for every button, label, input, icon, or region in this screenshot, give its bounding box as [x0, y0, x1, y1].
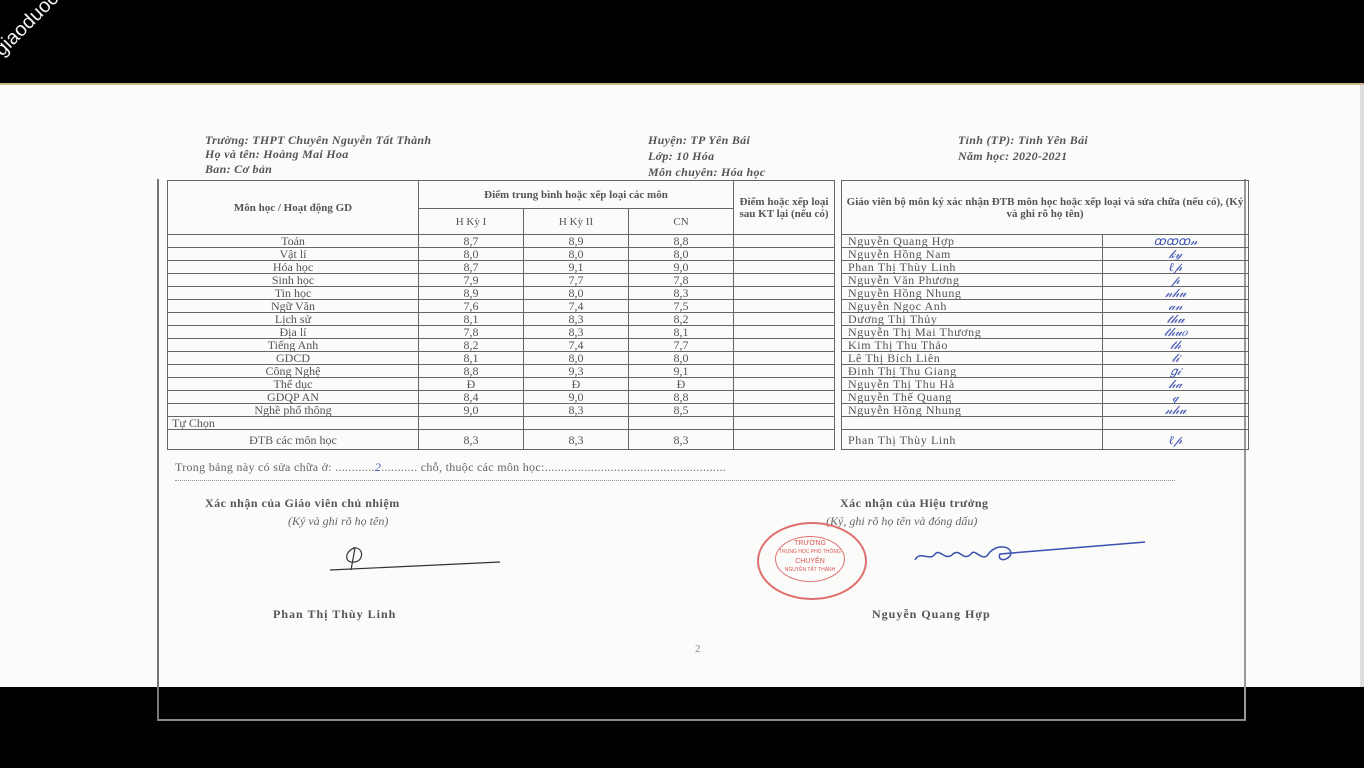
table-row: Công Nghệ8,89,39,1Đinh Thị Thu Giang𝑔𝒾: [168, 365, 1249, 378]
cn-cell: 8,3: [629, 430, 734, 450]
hk2-cell: 7,4: [524, 300, 629, 313]
signature: ℓ𝓅: [1103, 430, 1249, 450]
corrections-note: Trong bảng này có sửa chữa ở: ..........…: [175, 460, 726, 475]
retest-header: Điểm hoặc xếp loại sau KT lại (nếu có): [734, 181, 835, 235]
hk2-cell: 8,3: [524, 430, 629, 450]
teacher-cell: Kim Thị Thu Thảo: [842, 339, 1103, 352]
hk2-cell: Đ: [524, 378, 629, 391]
table-row: Thể dụcĐĐĐNguyễn Thị Thu Hà𝒽𝒶: [168, 378, 1249, 391]
hk2-cell: [524, 417, 629, 430]
class-label: Lớp: 10 Hóa: [648, 149, 714, 164]
signature: 𝓃𝒽𝓊: [1103, 287, 1249, 300]
retest-cell: [734, 417, 835, 430]
retest-cell: [734, 365, 835, 378]
corrections-prefix: Trong bảng này có sửa chữa ở: ..........…: [175, 460, 375, 474]
subject-cell: Địa lí: [168, 326, 419, 339]
hk2-cell: 8,3: [524, 313, 629, 326]
page-number: 2: [695, 643, 701, 655]
subject-cell: ĐTB các môn học: [168, 430, 419, 450]
teacher-cell: Nguyễn Thị Mai Thương: [842, 326, 1103, 339]
hk1-cell: 8,9: [419, 287, 524, 300]
hk1-cell: Đ: [419, 378, 524, 391]
principal-title: Xác nhận của Hiệu trưởng: [840, 496, 989, 511]
table-row: Tiếng Anh8,27,47,7Kim Thị Thu Thảo𝓉𝒽: [168, 339, 1249, 352]
retest-cell: [734, 352, 835, 365]
teacher-cell: Nguyễn Thế Quang: [842, 391, 1103, 404]
homeroom-name: Phan Thị Thùy Linh: [273, 607, 396, 622]
cn-cell: 7,7: [629, 339, 734, 352]
cn-cell: 8,1: [629, 326, 734, 339]
district-label: Huyện: TP Yên Bái: [648, 133, 750, 148]
subject-cell: Nghề phổ thông: [168, 404, 419, 417]
retest-cell: [734, 274, 835, 287]
teacher-cell: Nguyễn Hồng Nhung: [842, 287, 1103, 300]
subject-cell: Công Nghệ: [168, 365, 419, 378]
hk2-cell: 8,0: [524, 352, 629, 365]
cn-cell: 7,5: [629, 300, 734, 313]
homeroom-signature-icon: [325, 540, 505, 575]
table-row-average: ĐTB các môn học8,38,38,3Phan Thị Thùy Li…: [168, 430, 1249, 450]
hk2-cell: 8,3: [524, 404, 629, 417]
retest-cell: [734, 339, 835, 352]
retest-cell: [734, 261, 835, 274]
principal-subtitle: (Ký, ghi rõ họ tên và đóng dấu): [826, 514, 977, 529]
table-row: Địa lí7,88,38,1Nguyễn Thị Mai Thương𝓉𝒽𝓊𝑜: [168, 326, 1249, 339]
teacher-cell: Lê Thị Bích Liên: [842, 352, 1103, 365]
retest-cell: [734, 430, 835, 450]
teacher-cell: Phan Thị Thùy Linh: [842, 430, 1103, 450]
dotted-line: [175, 480, 1175, 481]
table-row: Ngữ Văn7,67,47,5Nguyễn Ngọc Anh𝒶𝓃: [168, 300, 1249, 313]
subject-cell: GDCD: [168, 352, 419, 365]
homeroom-title: Xác nhận của Giáo viên chủ nhiệm: [205, 496, 400, 511]
cn-cell: 8,8: [629, 391, 734, 404]
cn-cell: [629, 417, 734, 430]
hk1-cell: 7,6: [419, 300, 524, 313]
teacher-cell: Nguyễn Quang Hợp: [842, 235, 1103, 248]
subject-cell: GDQP AN: [168, 391, 419, 404]
cn-cell: 8,2: [629, 313, 734, 326]
hk1-cell: 8,4: [419, 391, 524, 404]
cn-cell: 7,8: [629, 274, 734, 287]
subject-cell: Thể dục: [168, 378, 419, 391]
table-row: Tự Chọn: [168, 417, 1249, 430]
teacher-cell: Đinh Thị Thu Giang: [842, 365, 1103, 378]
school-year-label: Năm học: 2020-2021: [958, 149, 1067, 164]
cn-cell: 9,1: [629, 365, 734, 378]
school-label: Trường: THPT Chuyên Nguyễn Tất Thành: [205, 133, 431, 148]
hk1-cell: 8,1: [419, 352, 524, 365]
retest-cell: [734, 300, 835, 313]
teacher-cell: Phan Thị Thùy Linh: [842, 261, 1103, 274]
subject-cell: Hóa học: [168, 261, 419, 274]
hk1-cell: 8,0: [419, 248, 524, 261]
retest-cell: [734, 313, 835, 326]
homeroom-subtitle: (Ký và ghi rõ họ tên): [288, 514, 388, 529]
signature: 𝓁𝒾: [1103, 352, 1249, 365]
teacher-cell: Nguyễn Văn Phương: [842, 274, 1103, 287]
retest-cell: [734, 287, 835, 300]
retest-cell: [734, 235, 835, 248]
watermark-text: giaoduocnghochau.net: [0, 0, 149, 61]
stamp-line: TRUNG HỌC PHỔ THÔNG: [776, 548, 844, 557]
subject-cell: Toán: [168, 235, 419, 248]
cn-cell: 9,0: [629, 261, 734, 274]
signature: 𝒽𝒶: [1103, 378, 1249, 391]
document-page: Trường: THPT Chuyên Nguyễn Tất Thành Huy…: [0, 83, 1364, 687]
subject-header: Môn học / Hoạt động GD: [168, 181, 419, 235]
principal-name: Nguyễn Quang Hợp: [872, 607, 991, 622]
cn-cell: 8,8: [629, 235, 734, 248]
subject-cell: Vật lí: [168, 248, 419, 261]
signature: [1103, 417, 1249, 430]
hk2-cell: 7,7: [524, 274, 629, 287]
subject-cell: Sinh học: [168, 274, 419, 287]
signature: 𝒶𝓃: [1103, 300, 1249, 313]
cn-cell: 8,0: [629, 352, 734, 365]
hk1-cell: 8,8: [419, 365, 524, 378]
signature: 𝓆: [1103, 391, 1249, 404]
table-row: Toán8,78,98,8Nguyễn Quang Hợpꝏꝏꝏ𝓃: [168, 235, 1249, 248]
hk1-header: H Kỳ I: [419, 209, 524, 235]
signature: 𝓅: [1103, 274, 1249, 287]
hk2-cell: 7,4: [524, 339, 629, 352]
cn-cell: 8,5: [629, 404, 734, 417]
teacher-header: Giáo viên bộ môn ký xác nhận ĐTB môn học…: [842, 181, 1249, 235]
table-row: GDCD8,18,08,0Lê Thị Bích Liên𝓁𝒾: [168, 352, 1249, 365]
teacher-cell: Nguyễn Ngọc Anh: [842, 300, 1103, 313]
track-label: Ban: Cơ bản: [205, 162, 272, 177]
hk2-header: H Kỳ II: [524, 209, 629, 235]
average-group-header: Điểm trung bình hoặc xếp loại các môn: [419, 181, 734, 209]
teacher-cell: Nguyễn Thị Thu Hà: [842, 378, 1103, 391]
subject-cell: Lịch sử: [168, 313, 419, 326]
hk1-cell: 8,3: [419, 430, 524, 450]
hk1-cell: [419, 417, 524, 430]
signature: ꝏꝏꝏ𝓃: [1103, 235, 1249, 248]
teacher-cell: Nguyễn Hồng Nhung: [842, 404, 1103, 417]
hk2-cell: 9,0: [524, 391, 629, 404]
hk1-cell: 8,7: [419, 261, 524, 274]
table-row: Vật lí8,08,08,0Nguyễn Hồng Nam𝓀𝓎: [168, 248, 1249, 261]
page-edge: [1360, 85, 1364, 687]
signature: ℓ𝓅: [1103, 261, 1249, 274]
cn-cell: Đ: [629, 378, 734, 391]
subject-cell: Tự Chọn: [168, 417, 419, 430]
cn-header: CN: [629, 209, 734, 235]
cn-cell: 8,0: [629, 248, 734, 261]
table-row: Hóa học8,79,19,0Phan Thị Thùy Linhℓ𝓅: [168, 261, 1249, 274]
grades-table: Môn học / Hoạt động GD Điểm trung bình h…: [167, 180, 1249, 450]
hk1-cell: 8,7: [419, 235, 524, 248]
hk1-cell: 7,8: [419, 326, 524, 339]
specialty-label: Môn chuyên: Hóa học: [648, 165, 765, 180]
cn-cell: 8,3: [629, 287, 734, 300]
student-name-label: Họ và tên: Hoàng Mai Hoa: [205, 147, 349, 162]
teacher-cell: Nguyễn Hồng Nam: [842, 248, 1103, 261]
subject-cell: Ngữ Văn: [168, 300, 419, 313]
retest-cell: [734, 404, 835, 417]
hk2-cell: 8,0: [524, 248, 629, 261]
retest-cell: [734, 248, 835, 261]
column-gap: [835, 181, 842, 235]
teacher-cell: Dương Thị Thủy: [842, 313, 1103, 326]
retest-cell: [734, 378, 835, 391]
province-label: Tỉnh (TP): Tỉnh Yên Bái: [958, 133, 1088, 148]
table-row: Nghề phổ thông9,08,38,5Nguyễn Hồng Nhung…: [168, 404, 1249, 417]
signature: 𝓉𝒽𝓊: [1103, 313, 1249, 326]
retest-cell: [734, 391, 835, 404]
signature: 𝓉𝒽: [1103, 339, 1249, 352]
signature: 𝓃𝒽𝓊: [1103, 404, 1249, 417]
table-row: Sinh học7,97,77,8Nguyễn Văn Phương𝓅: [168, 274, 1249, 287]
stamp-line: TRƯỜNG: [776, 539, 844, 548]
hk2-cell: 8,3: [524, 326, 629, 339]
principal-signature-icon: [905, 540, 1150, 570]
stamp-line: CHUYÊN: [776, 557, 844, 566]
hk1-cell: 8,1: [419, 313, 524, 326]
school-stamp-icon: TRƯỜNG TRUNG HỌC PHỔ THÔNG CHUYÊN NGUYỄN…: [757, 522, 867, 600]
subject-cell: Tin học: [168, 287, 419, 300]
corrections-suffix: ........... chỗ, thuộc các môn học:.....…: [381, 460, 726, 474]
table-row: GDQP AN8,49,08,8Nguyễn Thế Quang𝓆: [168, 391, 1249, 404]
signature: 𝓀𝓎: [1103, 248, 1249, 261]
subject-cell: Tiếng Anh: [168, 339, 419, 352]
hk2-cell: 9,1: [524, 261, 629, 274]
signature: 𝓉𝒽𝓊𝑜: [1103, 326, 1249, 339]
hk2-cell: 9,3: [524, 365, 629, 378]
hk1-cell: 8,2: [419, 339, 524, 352]
teacher-cell: [842, 417, 1103, 430]
stamp-line: NGUYỄN TẤT THÀNH: [776, 566, 844, 575]
table-row: Tin học8,98,08,3Nguyễn Hồng Nhung𝓃𝒽𝓊: [168, 287, 1249, 300]
hk1-cell: 7,9: [419, 274, 524, 287]
retest-cell: [734, 326, 835, 339]
hk2-cell: 8,0: [524, 287, 629, 300]
signature: 𝑔𝒾: [1103, 365, 1249, 378]
hk2-cell: 8,9: [524, 235, 629, 248]
table-row: Lịch sử8,18,38,2Dương Thị Thủy𝓉𝒽𝓊: [168, 313, 1249, 326]
hk1-cell: 9,0: [419, 404, 524, 417]
